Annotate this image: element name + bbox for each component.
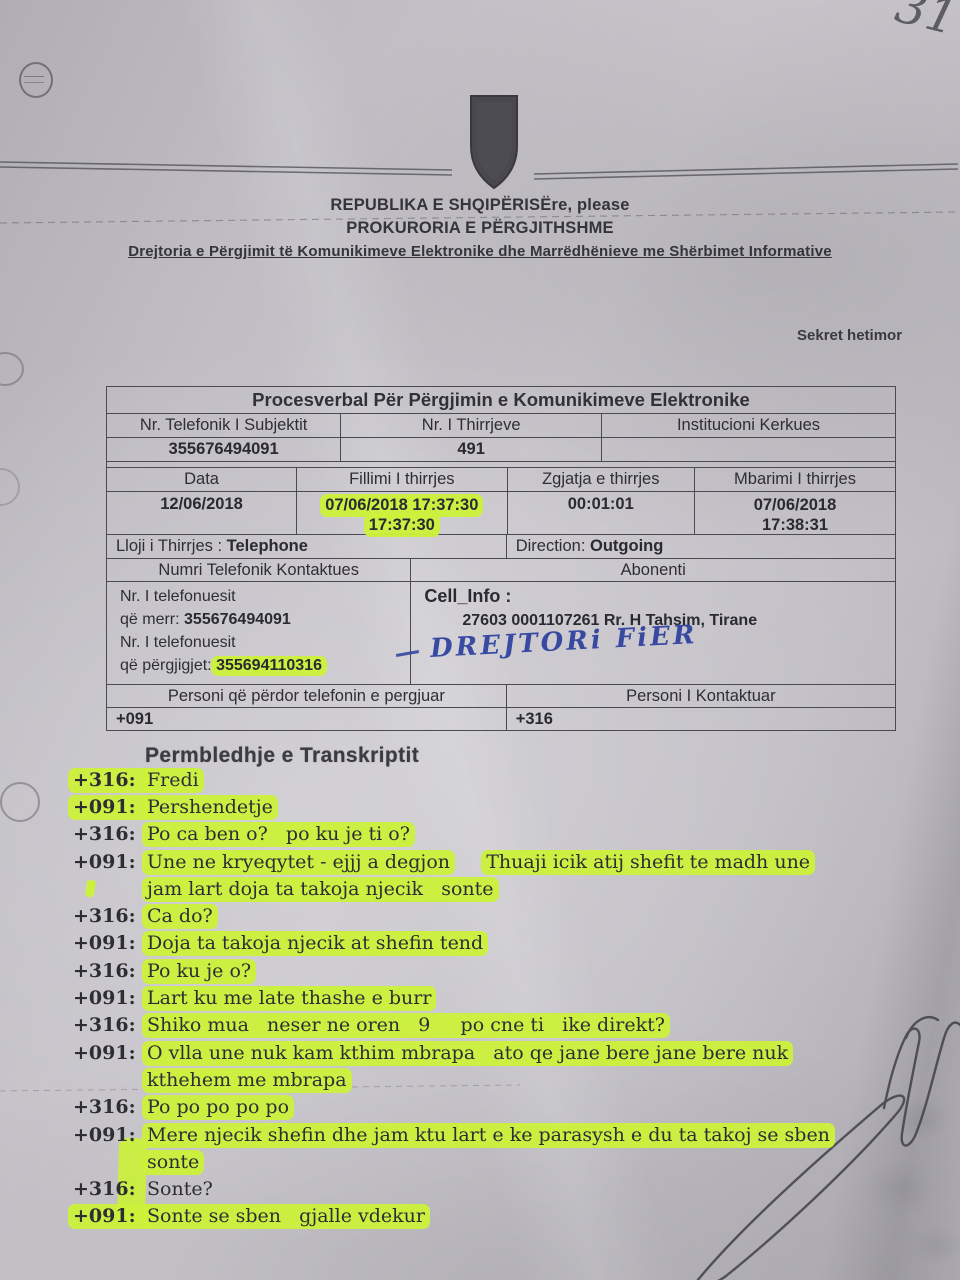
answering-number: 355694110316 <box>211 656 327 676</box>
letterhead-republic: REPUBLIKA E SHQIPËRISËre, please <box>0 196 960 215</box>
subject-header-row: Nr. Telefonik I Subjektit Nr. I Thirrjev… <box>107 413 895 437</box>
person-contacted-code: +316 <box>506 708 895 730</box>
call-date: 12/06/2018 <box>107 492 296 534</box>
transcript-line: kthehem me mbrapa <box>73 1066 913 1093</box>
hole-punch-mark <box>0 782 40 822</box>
transcript-line: +316:Ca do? <box>73 902 913 929</box>
transcript-line: +091:O vlla une nuk kam kthim mbrapa ato… <box>73 1039 913 1066</box>
transcript-line: +316:Sonte? <box>73 1175 913 1202</box>
call-header-row: Data Fillimi I thirrjes Zgjatja e thirrj… <box>107 467 895 491</box>
col-header: Fillimi I thirrjes <box>296 468 506 491</box>
utterance: Sonte? <box>147 1178 213 1200</box>
speaker-label: +091: <box>73 1042 147 1064</box>
utterance: Po ku je o? <box>147 960 251 982</box>
caller-info: Nr. I telefonuesit që merr: 355676494091… <box>111 582 406 677</box>
utterance: Lart ku me late thashe e burr <box>147 987 431 1009</box>
call-duration: 00:01:01 <box>507 492 695 534</box>
col-header: Nr. I Thirrjeve <box>340 414 601 437</box>
call-type: Lloji i Thirrjes : Telephone <box>107 535 506 558</box>
speaker-label: +316: <box>73 1096 147 1118</box>
person-value-row: +091 +316 <box>107 707 895 730</box>
utterance: Ca do? <box>147 905 213 927</box>
highlighter-mark <box>85 880 97 898</box>
col-header: Zgjatja e thirrjes <box>507 468 695 491</box>
requesting-institution <box>601 438 895 461</box>
speaker-label: +091: <box>73 1124 147 1146</box>
speaker-label: +316: <box>68 768 152 793</box>
utterance: Po ca ben o? po ku je ti o? <box>147 823 410 845</box>
person-header-row: Personi që përdor telefonin e pergjuar P… <box>107 684 895 707</box>
col-header: Nr. Telefonik I Subjektit <box>107 414 340 437</box>
classification-label: Sekret hetimor <box>797 327 902 344</box>
contact-header-row: Numri Telefonik Kontaktues Abonenti <box>107 558 895 581</box>
transcript-line: +091:Doja ta takoja njecik at shefin ten… <box>73 930 913 957</box>
speaker-label: +316: <box>73 823 147 845</box>
utterance: jam lart doja ta takoja njecik sonte <box>147 878 494 900</box>
col-header: Mbarimi I thirrjes <box>694 468 895 491</box>
transcript-line: +091:Pershendetje <box>73 793 913 820</box>
utterance: Fredi <box>147 769 199 791</box>
call-count: 491 <box>340 438 601 461</box>
transcript-line: +316:Po ku je o? <box>73 957 913 984</box>
call-end: 07/06/2018 17:38:31 <box>694 492 895 534</box>
transcript-line: +316:Po ca ben o? po ku je ti o? <box>73 821 913 848</box>
table-title: Procesverbal Për Përgjimin e Komunikimev… <box>107 387 895 413</box>
type-direction-row: Lloji i Thirrjes : Telephone Direction: … <box>107 534 895 558</box>
round-stamp-mark <box>19 62 53 98</box>
speaker-label: +316: <box>73 960 147 982</box>
national-emblem-icon <box>462 94 526 192</box>
transcript-line: sonte <box>73 1148 913 1175</box>
speaker-label: +091: <box>68 1204 152 1229</box>
subject-number: 355676494091 <box>107 438 340 461</box>
utterance: Pershendetje <box>147 796 273 818</box>
hole-punch-mark <box>0 352 24 386</box>
speaker-label: +091: <box>73 851 147 873</box>
transcript-line: +316:Fredi <box>73 766 913 793</box>
col-header: Abonenti <box>410 559 895 581</box>
call-value-row: 12/06/2018 07/06/2018 17:37:30 17:37:30 … <box>107 491 895 534</box>
speaker-label: +091: <box>73 932 147 954</box>
transcript-heading: Permbledhje e Transkriptit <box>145 744 419 768</box>
transcript-line: +091:Une ne kryeqytet - ejjj a degjon Th… <box>73 848 913 875</box>
transcript-lines: +316:Fredi+091:Pershendetje+316:Po ca be… <box>73 766 913 1230</box>
utterance: Sonte se sben gjalle vdekur <box>147 1205 425 1227</box>
hole-punch-mark <box>0 468 20 506</box>
call-start: 07/06/2018 17:37:30 17:37:30 <box>296 492 506 534</box>
letterhead-directorate: Drejtoria e Përgjimit të Komunikimeve El… <box>0 243 960 260</box>
transcript-line: +091:Sonte se sben gjalle vdekur <box>73 1203 913 1230</box>
speaker-label: +316: <box>73 1014 147 1036</box>
speaker-label: +316: <box>73 1178 147 1200</box>
utterance: Mere njecik shefin dhe jam ktu lart e ke… <box>147 1124 830 1146</box>
person-user-code: +091 <box>107 708 506 730</box>
document-page: 31 REPUBLIKA E SHQIPËRISËre, please PROK… <box>0 0 960 1280</box>
transcript-line: +316:Po po po po po <box>73 1094 913 1121</box>
transcript-line: +091:Mere njecik shefin dhe jam ktu lart… <box>73 1121 913 1148</box>
subject-value-row: 355676494091 491 <box>107 437 895 461</box>
utterance: O vlla une nuk kam kthim mbrapa ato qe j… <box>147 1042 788 1064</box>
speaker-label: +316: <box>73 905 147 927</box>
transcript-line: +316:Shiko mua neser ne oren 9 po cne ti… <box>73 1012 913 1039</box>
speaker-label: +091: <box>73 987 147 1009</box>
utterance: Doja ta takoja njecik at shefin tend <box>147 932 483 954</box>
letterhead-office: PROKURORIA E PËRGJITHSHME <box>0 219 960 238</box>
utterance: kthehem me mbrapa <box>147 1069 347 1091</box>
handwritten-page-number: 31 <box>890 0 960 47</box>
transcript-line: jam lart doja ta takoja njecik sonte <box>73 875 913 902</box>
utterance: Une ne kryeqytet - ejjj a degjon Thuaji … <box>147 851 810 873</box>
utterance: Shiko mua neser ne oren 9 po cne ti ike … <box>147 1014 665 1036</box>
speaker-label: +091: <box>68 795 152 820</box>
call-direction: Direction: Outgoing <box>506 535 895 558</box>
utterance: Po po po po po <box>147 1096 289 1118</box>
utterance: sonte <box>147 1151 199 1173</box>
col-header: Personi I Kontaktuar <box>506 685 895 707</box>
transcript-line: +091:Lart ku me late thashe e burr <box>73 984 913 1011</box>
col-header: Institucioni Kerkues <box>601 414 895 437</box>
col-header: Personi që përdor telefonin e pergjuar <box>107 685 506 707</box>
col-header: Data <box>107 468 296 491</box>
col-header: Numri Telefonik Kontaktues <box>107 559 410 581</box>
intercept-table: Procesverbal Për Përgjimin e Komunikimev… <box>106 386 896 731</box>
